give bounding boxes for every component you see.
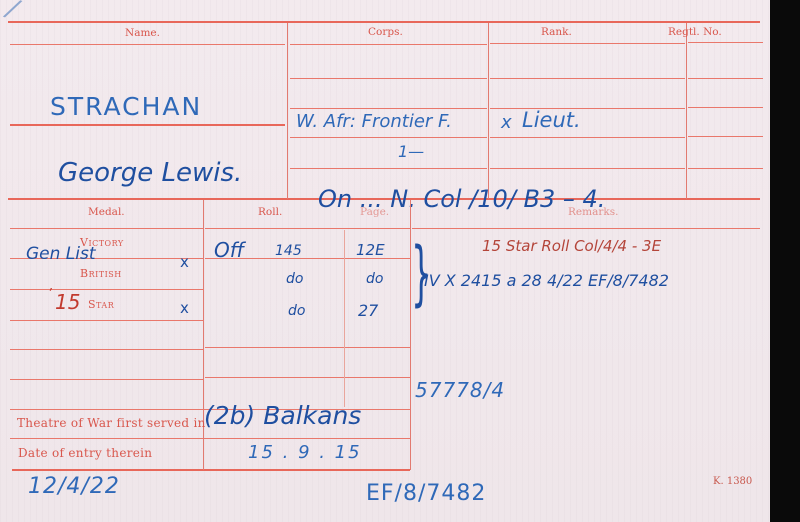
- rule-corps-4: [290, 168, 487, 169]
- rule-corps-1: [290, 78, 487, 79]
- medal-label-british: British: [80, 267, 122, 280]
- rule-theatre-bottom: [10, 438, 410, 439]
- rank-header: Rank.: [541, 26, 572, 38]
- rule-rank-2: [490, 108, 685, 109]
- corps-header: Corps.: [368, 26, 403, 38]
- rule-medal-row-5: [10, 379, 203, 380]
- medal-victory-roll-no: 145: [275, 243, 302, 259]
- medal-victory-mark: x: [180, 253, 189, 271]
- rule-regt-4: [688, 168, 763, 169]
- file-reference: 57778/4: [415, 378, 505, 402]
- rule-regt-3: [688, 136, 763, 137]
- medal-victory-prefix: Gen List: [26, 244, 96, 264]
- rule-corps-header: [290, 44, 487, 45]
- medal-header: Medal.: [88, 206, 125, 218]
- col-divider-roll-page: [344, 230, 345, 407]
- form-number: K. 1380: [713, 476, 752, 487]
- rank-value: Lieut.: [522, 108, 581, 132]
- rule-roll-row-4: [205, 347, 410, 348]
- rule-rank-4: [490, 168, 685, 169]
- rule-medal-row-2: [10, 289, 203, 290]
- medal-label-star: Star: [88, 298, 114, 311]
- medal-star-page: 27: [358, 301, 378, 320]
- rule-medal-row-4: [10, 349, 203, 350]
- page-header: Page.: [360, 206, 389, 218]
- date-note: 12/4/22: [28, 474, 120, 499]
- corps-value: W. Afr: Frontier F.: [296, 111, 452, 132]
- rule-corps-3: [290, 137, 487, 138]
- medal-star-roll-no: do: [288, 303, 305, 319]
- theatre-value: (2b) Balkans: [204, 401, 361, 430]
- medal-star-prefix-tick: ’: [48, 286, 52, 300]
- rule-medal-row-3: [10, 320, 203, 321]
- corps-mark: x: [501, 112, 512, 133]
- remarks-header: Remarks.: [568, 206, 618, 218]
- rule-medal-header: [10, 228, 203, 229]
- entry-date-value: 15 . 9 . 15: [248, 442, 362, 463]
- medal-index-card: Name. Corps. Rank. Regtl. No. / STRACHAN…: [0, 0, 770, 522]
- name-header: Name.: [125, 27, 160, 39]
- rule-date-bottom: [12, 469, 410, 471]
- medal-british-roll-no: do: [286, 271, 303, 287]
- rule-rank-header: [490, 43, 685, 44]
- medal-star-prefix: 15: [55, 290, 80, 314]
- forenames-value: George Lewis.: [58, 158, 242, 188]
- rule-corps-2: [290, 108, 487, 109]
- surname-value: STRACHAN: [50, 92, 202, 121]
- rule-name-header: [10, 44, 285, 45]
- rule-name-1: [10, 124, 285, 126]
- rule-roll-row-5: [205, 377, 410, 378]
- rule-rank-3: [490, 137, 685, 138]
- col-divider-rank-regt: [686, 23, 687, 199]
- ef-reference-note: EF/8/7482: [366, 481, 486, 506]
- rule-top: [8, 21, 760, 23]
- medal-victory-page: 12E: [356, 241, 385, 259]
- remarks-star-roll: 15 Star Roll Col/4/4 - 3E: [482, 237, 661, 255]
- medal-victory-roll: Off: [214, 238, 244, 262]
- roll-header: Roll.: [258, 206, 282, 218]
- rule-regt-2: [688, 107, 763, 108]
- scan-border: [770, 0, 800, 522]
- regtl-no-header: Regtl. No.: [668, 26, 722, 38]
- medal-star-mark: x: [180, 299, 189, 317]
- col-divider-corps-rank: [488, 23, 489, 199]
- medal-british-page: do: [366, 271, 383, 287]
- rule-regt-1: [688, 78, 763, 79]
- rule-remarks-header: [412, 228, 760, 229]
- rule-regt-header: [688, 42, 763, 43]
- theatre-label: Theatre of War first served in: [17, 416, 206, 430]
- entry-date-label: Date of entry therein: [18, 446, 152, 460]
- corps-underline-note: 1—: [398, 142, 424, 161]
- col-divider-name-corps: [287, 23, 288, 199]
- rule-roll-header: [205, 228, 410, 229]
- remarks-reference: IV X 2415 a 28 4/22 EF/8/7482: [424, 271, 669, 290]
- rule-rank-1: [490, 78, 685, 79]
